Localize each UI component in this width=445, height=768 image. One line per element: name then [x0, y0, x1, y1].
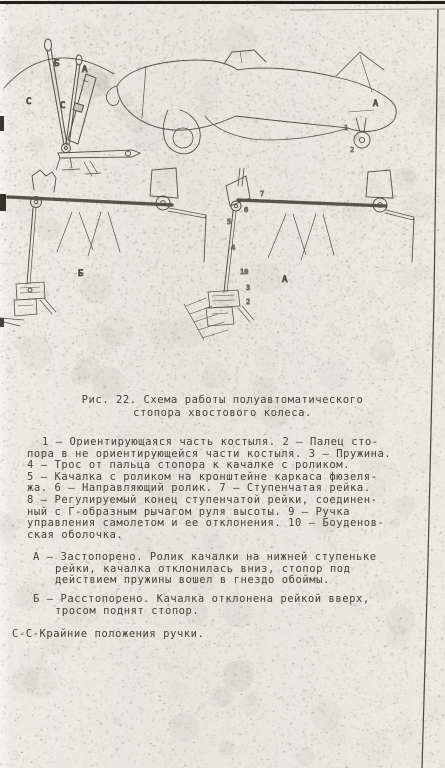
mech-num2-label: 2 — [246, 298, 250, 306]
mech-num7-label: 7 — [260, 190, 264, 198]
mech-num6-label: 6 — [244, 206, 248, 214]
figure-drawing: Б А С С — [0, 0, 445, 768]
mech-num4-label: 4 — [231, 244, 235, 252]
page-border-lines — [0, 3, 445, 768]
paragraph-a-line: действием пружины вошел в гнездо обоймы. — [55, 575, 377, 587]
stick-c-mid-label: С — [60, 101, 65, 111]
mech-right-label: А — [282, 275, 288, 285]
figure-caption-line: стопора хвостового колеса. — [0, 407, 445, 420]
paragraph-b-line: Б — Расстопорено. Качалка отклонена рейк… — [33, 594, 370, 606]
stick-pos-b-label: Б — [54, 59, 59, 69]
figure-caption-line: Рис. 22. Схема работы полуавтоматическог… — [0, 394, 445, 407]
legend-line: 8 — Регулируемый конец ступенчатой рейки… — [27, 495, 391, 507]
stick-pos-a-label: А — [82, 65, 88, 75]
plane-num1-label: 1 — [344, 124, 348, 132]
mech-num10-label: 10 — [240, 268, 248, 276]
paragraph-b-unlocked: Б — Расстопорено. Качалка отклонена рейк… — [33, 594, 370, 617]
figure-legend: 1 — Ориентирующаяся часть костыля. 2 — П… — [27, 437, 391, 541]
paragraph-a-locked: А — Застопорено. Ролик качалки на нижней… — [33, 552, 377, 587]
paragraph-c-stick-positions: С-С-Крайние положения ручки. — [12, 628, 204, 640]
mechanism-diagram-b: Б — [0, 168, 206, 326]
stick-c-left-label: С — [26, 97, 31, 107]
legend-line: 1 — Ориентирующаяся часть костыля. 2 — П… — [42, 437, 391, 449]
mech-left-label: Б — [78, 269, 83, 279]
paragraph-b-line: тросом поднят стопор. — [55, 606, 370, 618]
figure-caption: Рис. 22. Схема работы полуавтоматическог… — [0, 394, 445, 420]
control-stick-diagram: Б А С С — [4, 39, 140, 176]
plane-num2-label: 2 — [350, 146, 354, 154]
mech-num3-label: 3 — [246, 284, 250, 292]
aircraft-side-view: А 1 2 — [106, 50, 396, 154]
mech-num5-label: 5 — [227, 218, 231, 226]
legend-line: управления самолетом и ее отклонения. 10… — [27, 518, 391, 530]
legend-line: ская оболочка. — [27, 530, 391, 542]
mechanism-diagram-a: 7 6 5 4 10 3 2 А — [184, 168, 414, 340]
paragraph-a-line: А — Застопорено. Ролик качалки на нижней… — [33, 552, 377, 564]
plane-tailwheel-label: А — [373, 99, 378, 109]
scanned-page: Б А С С — [0, 0, 445, 768]
